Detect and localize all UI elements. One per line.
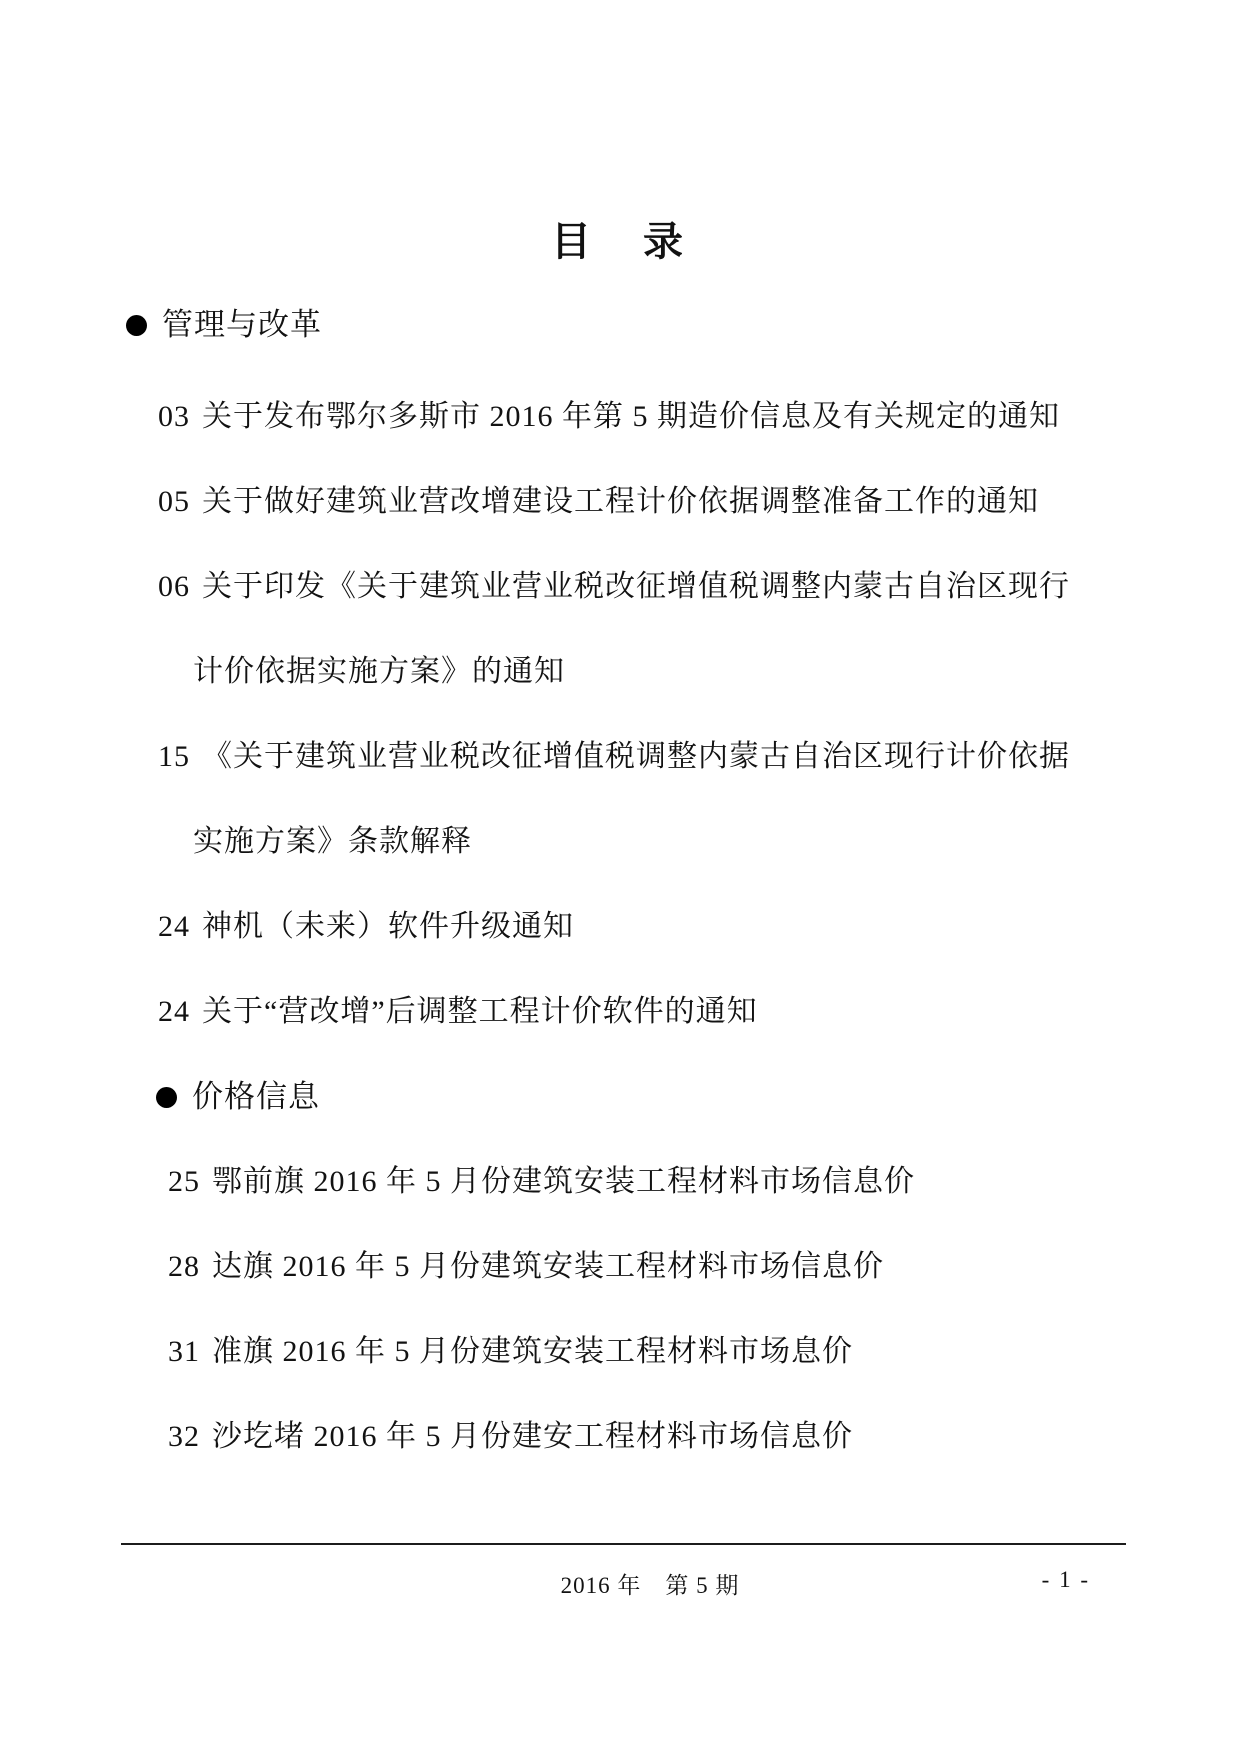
entry-title: 关于做好建筑业营改增建设工程计价依据调整准备工作的通知 (202, 485, 1039, 518)
entry-title: 关于发布鄂尔多斯市 2016 年第 5 期造价信息及有关规定的通知 (202, 400, 1060, 433)
footer-divider (121, 1543, 1126, 1545)
entry-title: 沙圪堵 2016 年 5 月份建安工程材料市场信息价 (212, 1420, 853, 1453)
section-label: 价格信息 (192, 1079, 320, 1114)
entry-title: 实施方案》条款解释 (193, 825, 472, 858)
entry-title: 关于印发《关于建筑业营业税改征增值税调整内蒙古自治区现行 (202, 570, 1070, 603)
document-page: 目 录 ●管理与改革 03关于发布鄂尔多斯市 2016 年第 5 期造价信息及有… (0, 219, 1240, 1458)
entry-page-number: 31 (168, 1335, 200, 1368)
entry-title: 达旗 2016 年 5 月份建筑安装工程材料市场信息价 (212, 1250, 884, 1283)
entry-page-number: 15 (158, 740, 190, 773)
entry-page-number: 25 (168, 1165, 200, 1198)
toc-entry: 32沙圪堵 2016 年 5 月份建安工程材料市场信息价 (168, 1416, 1240, 1458)
entry-page-number: 03 (158, 400, 190, 433)
entry-page-number: 24 (158, 995, 190, 1028)
entry-title: 神机（未来）软件升级通知 (202, 910, 574, 943)
toc-entry: 24关于“营改增”后调整工程计价软件的通知 (158, 991, 1240, 1033)
entry-page-number: 06 (158, 570, 190, 603)
toc-entry: 15《关于建筑业营业税改征增值税调整内蒙古自治区现行计价依据 (158, 736, 1240, 778)
toc-entry: 31准旗 2016 年 5 月份建筑安装工程材料市场息价 (168, 1331, 1240, 1373)
entry-title: 计价依据实施方案》的通知 (193, 655, 565, 688)
section-label: 管理与改革 (162, 307, 322, 342)
page-title: 目 录 (0, 219, 1240, 265)
entry-page-number: 05 (158, 485, 190, 518)
entry-title: 《关于建筑业营业税改征增值税调整内蒙古自治区现行计价依据 (202, 740, 1070, 773)
toc-entry-continuation: 计价依据实施方案》的通知 (193, 651, 1240, 693)
toc-entry: 28达旗 2016 年 5 月份建筑安装工程材料市场信息价 (168, 1246, 1240, 1288)
toc-entry-continuation: 实施方案》条款解释 (193, 821, 1240, 863)
section-header-management: ●管理与改革 (126, 304, 1240, 346)
toc-entry: 25鄂前旗 2016 年 5 月份建筑安装工程材料市场信息价 (168, 1161, 1240, 1203)
entry-page-number: 32 (168, 1420, 200, 1453)
toc-entry: 24神机（未来）软件升级通知 (158, 906, 1240, 948)
entry-title: 准旗 2016 年 5 月份建筑安装工程材料市场息价 (212, 1335, 853, 1368)
toc-entry: 06关于印发《关于建筑业营业税改征增值税调整内蒙古自治区现行 (158, 566, 1240, 608)
entry-page-number: 24 (158, 910, 190, 943)
footer-issue-label: 2016 年 第 5 期 (140, 1567, 1160, 1600)
footer-page-number: - 1 - (1042, 1567, 1090, 1593)
entry-title: 关于“营改增”后调整工程计价软件的通知 (202, 995, 758, 1028)
toc-entry: 05关于做好建筑业营改增建设工程计价依据调整准备工作的通知 (158, 481, 1240, 523)
bullet-icon: ● (156, 1087, 177, 1108)
toc-entry: 03关于发布鄂尔多斯市 2016 年第 5 期造价信息及有关规定的通知 (158, 396, 1240, 438)
entry-page-number: 28 (168, 1250, 200, 1283)
entry-title: 鄂前旗 2016 年 5 月份建筑安装工程材料市场信息价 (212, 1165, 915, 1198)
section-header-prices: ●价格信息 (156, 1076, 1240, 1118)
bullet-icon: ● (126, 315, 147, 336)
